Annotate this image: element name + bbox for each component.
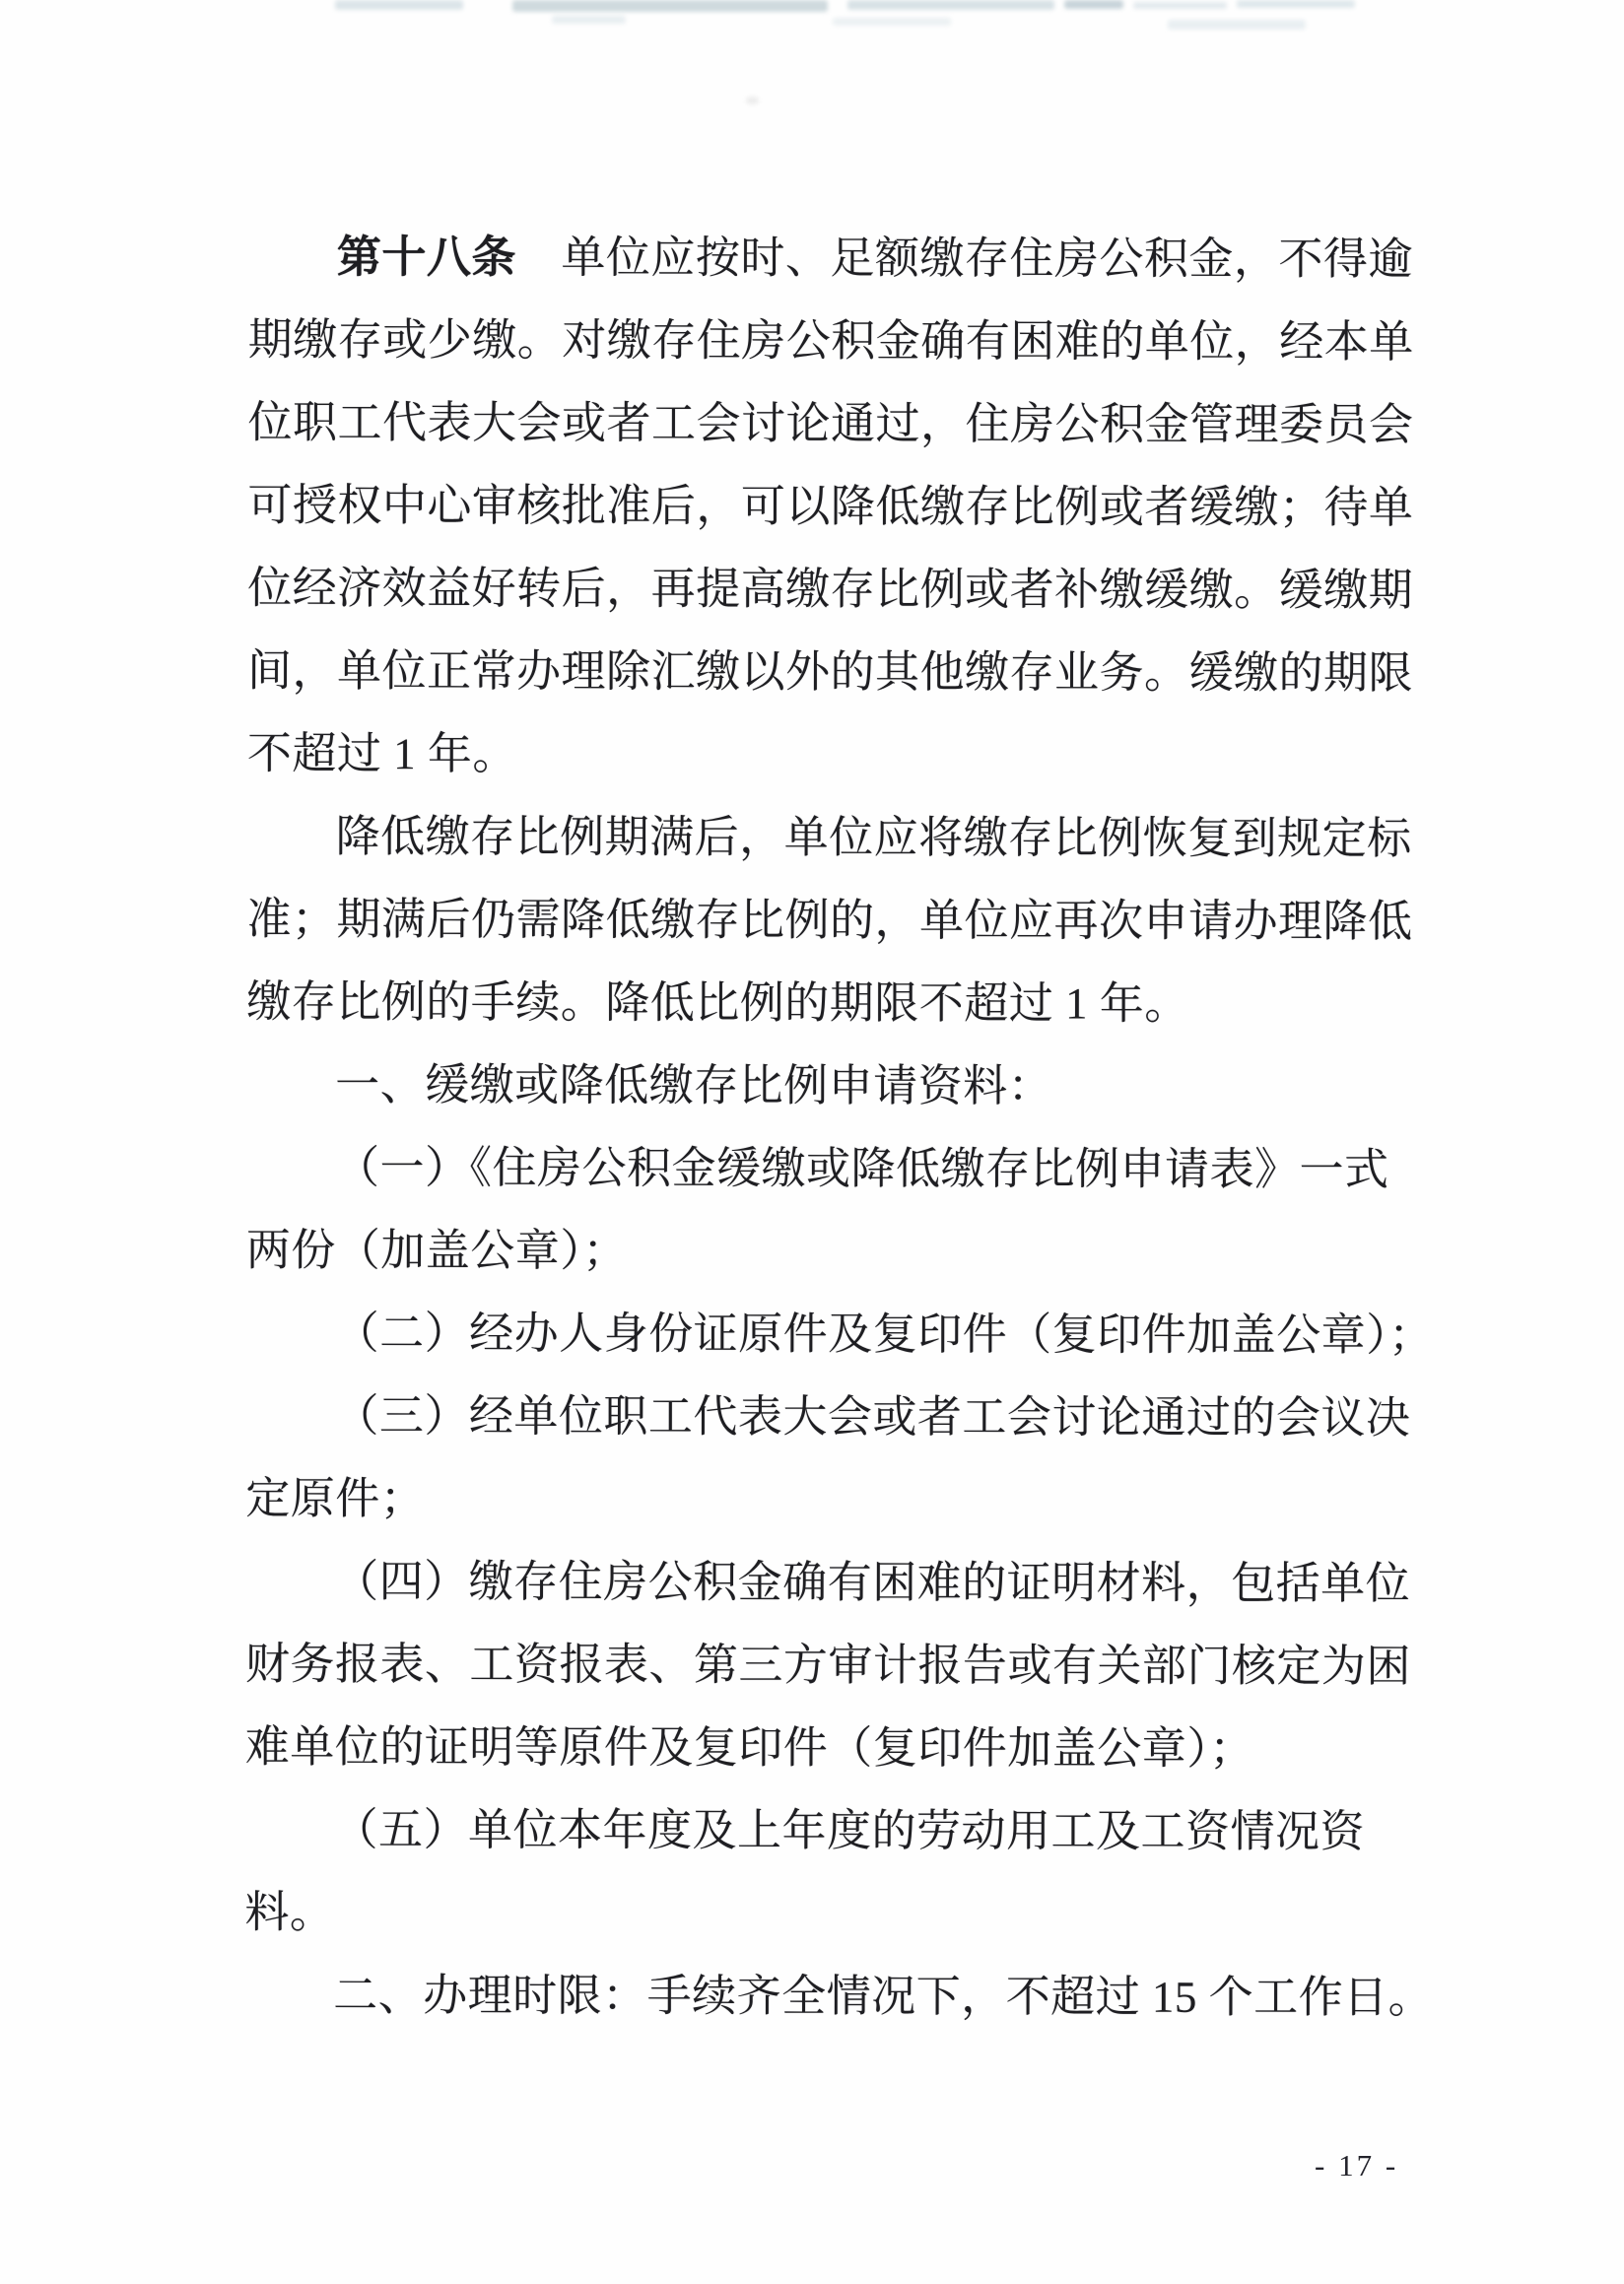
scan-smudge bbox=[512, 0, 828, 12]
scan-smudge bbox=[1133, 2, 1227, 9]
text-line: 两份（加盖公章）； bbox=[246, 1209, 1404, 1294]
scan-smudge bbox=[1237, 0, 1355, 8]
text-line: 位职工代表大会或者工会讨论通过，住房公积金管理委员会 bbox=[247, 381, 1405, 466]
scan-artifacts bbox=[0, 0, 1624, 118]
text-line: （五）单位本年度及上年度的劳动用工及工资情况资 bbox=[244, 1788, 1402, 1873]
text-line: 期缴存或少缴。对缴存住房公积金确有困难的单位，经本单 bbox=[248, 299, 1406, 383]
document-page: 第十八条 单位应按时、足额缴存住房公积金，不得逾 期缴存或少缴。对缴存住房公积金… bbox=[0, 0, 1624, 2284]
text-line: 缴存比例的手续。降低比例的期限不超过 1 年。 bbox=[246, 961, 1404, 1045]
text-line: 定原件； bbox=[245, 1457, 1403, 1542]
scan-smudge bbox=[833, 18, 951, 26]
text-line: （四）缴存住房公积金确有困难的证明材料，包括单位 bbox=[245, 1540, 1403, 1625]
text-line: 不超过 1 年。 bbox=[247, 712, 1405, 797]
text-line: 一、缓缴或降低缴存比例申请资料： bbox=[246, 1043, 1404, 1128]
scan-speck bbox=[746, 97, 759, 104]
page-number: - 17 - bbox=[1315, 2148, 1398, 2183]
scan-smudge bbox=[1168, 20, 1306, 30]
text-line: 准；期满后仍需降低缴存比例的，单位应再次申请办理降低 bbox=[246, 878, 1404, 963]
text-line: （一）《住房公积金缓缴或降低缴存比例申请表》一式 bbox=[246, 1126, 1404, 1211]
scan-smudge bbox=[1064, 0, 1123, 9]
scan-smudge bbox=[335, 0, 463, 10]
document-body: 第十八条 单位应按时、足额缴存住房公积金，不得逾 期缴存或少缴。对缴存住房公积金… bbox=[244, 216, 1406, 2039]
text-line: 财务报表、工资报表、第三方审计报告或有关部门核定为困 bbox=[245, 1623, 1403, 1708]
text-line: （二）经办人身份证原件及复印件（复印件加盖公章）； bbox=[246, 1292, 1404, 1377]
text-line: 可授权中心审核批准后，可以降低缴存比例或者缓缴；待单 bbox=[247, 464, 1405, 549]
text-line: （三）经单位职工代表大会或者工会讨论通过的会议决 bbox=[245, 1375, 1403, 1459]
text-line: 间，单位正常办理除汇缴以外的其他缴存业务。缓缴的期限 bbox=[247, 630, 1405, 714]
text-line: 第十八条 单位应按时、足额缴存住房公积金，不得逾 bbox=[248, 216, 1406, 301]
text-line: 降低缴存比例期满后，单位应将缴存比例恢复到规定标 bbox=[247, 795, 1405, 880]
text-line: 料。 bbox=[244, 1871, 1402, 1956]
scan-smudge bbox=[847, 0, 1054, 10]
text-line: 难单位的证明等原件及复印件（复印件加盖公章）； bbox=[245, 1706, 1403, 1790]
article-number: 第十八条 bbox=[337, 232, 516, 282]
text-line: 二、办理时限：手续齐全情况下，不超过 15 个工作日。 bbox=[244, 1954, 1402, 2039]
text-line: 位经济效益好转后，再提高缴存比例或者补缴缓缴。缓缴期 bbox=[247, 547, 1405, 632]
scan-smudge bbox=[552, 16, 626, 24]
text-line-segment: 单位应按时、足额缴存住房公积金，不得逾 bbox=[516, 233, 1413, 284]
